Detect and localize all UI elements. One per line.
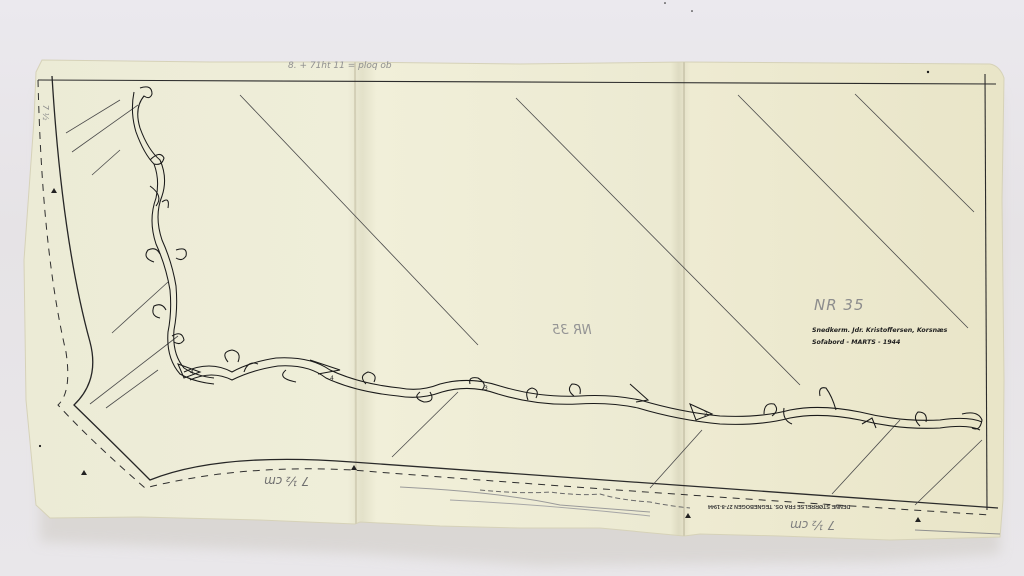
- tracing-paper-template: 4 4 3 2: [0, 0, 1024, 576]
- measurement-mark-left: 7 ½ cm: [264, 474, 309, 488]
- bottom-printed-note: DENNE STØRRELSE FRA OS. TEGNEBOGEN 27-8-…: [708, 503, 850, 509]
- svg-text:4: 4: [190, 369, 194, 376]
- project-date-line: Sofabord - MARTS - 1944: [812, 339, 900, 346]
- fold-crease-left: [355, 62, 356, 524]
- photo-scene: 4 4 3 2 NR 35 NR 35 Snedkerm. Jdr. Krist…: [0, 0, 1024, 576]
- drawing-number-pencil: NR 35: [814, 296, 865, 314]
- measurement-mark-right: 7 ½ cm: [790, 518, 835, 532]
- upside-down-measure: 7 ½ cm: [790, 518, 835, 532]
- top-pencil-note: 8. + 71ht 11 = ploq ob: [288, 61, 392, 71]
- maker-signature-line: Snedkerm. Jdr. Kristoffersen, Korsnæs: [812, 327, 947, 334]
- drawing-number-mirrored: NR 35: [552, 323, 591, 338]
- svg-text:3: 3: [484, 385, 488, 392]
- rotated-measure: 7 ½: [41, 105, 50, 120]
- svg-text:4: 4: [330, 375, 334, 382]
- svg-text:2: 2: [704, 411, 708, 418]
- mirrored-text: NR 35: [552, 323, 591, 338]
- upside-down-measure: 7 ½ cm: [264, 474, 309, 488]
- side-measurement-mark: 7 ½: [38, 108, 53, 117]
- upside-down-text: DENNE STØRRELSE FRA OS. TEGNEBOGEN 27-8-…: [708, 503, 850, 509]
